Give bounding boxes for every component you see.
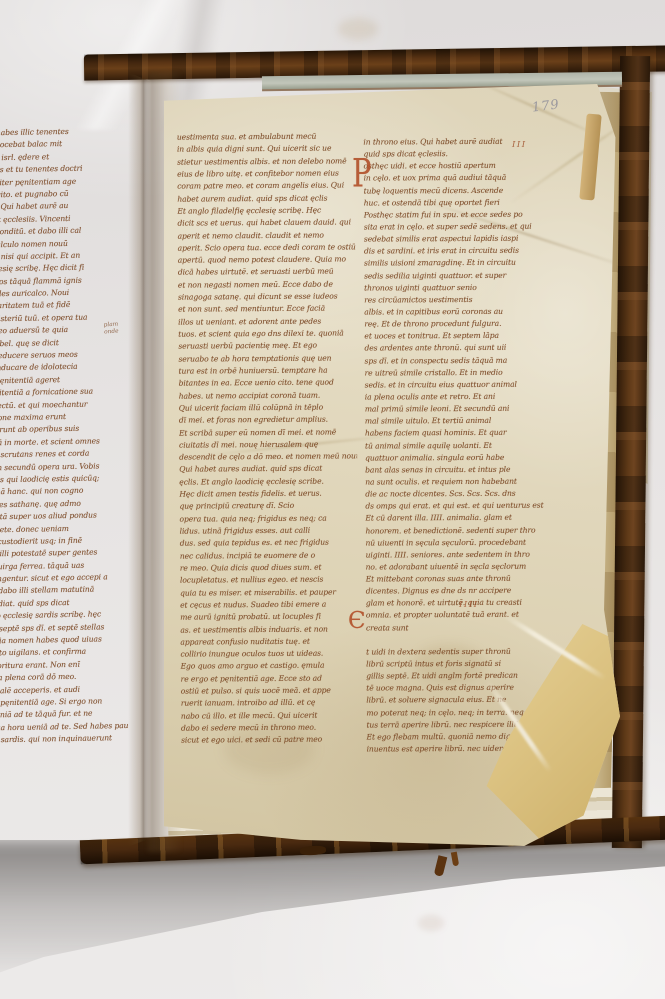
manuscript-line: gillis septē. Et uidi anglm fortē predic… [366, 670, 570, 683]
manuscript-line: Et mittebant coronas suas ante thronū [366, 573, 570, 586]
manuscript-line: sedebat similis erat aspectui lapidis ia… [364, 233, 568, 246]
manuscript-line: quid sps dicat ęclesiis. [363, 148, 567, 161]
manuscript-line: sinagoga satanę. qui dicunt se esse iude… [178, 290, 356, 304]
manuscript-line: seruabo te ab hora temptationis quę uen [178, 352, 356, 366]
manuscript-line: uiginti. IIII. seniores. ante sedentem i… [366, 548, 570, 561]
manuscript-line: Et cū darent illa. IIII. animalia. glam … [365, 512, 569, 525]
rubric-initial-p: P [352, 154, 372, 193]
manuscript-line: sps dī. et in conspectu sedis tāquā ma [365, 354, 569, 367]
manuscript-line: bitantes in ea. Ecce uenio cito. tene qu… [179, 377, 357, 391]
manuscript-line: ds omps qui erat. et qui est. et qui uen… [365, 500, 569, 513]
manuscript-line: in throno eius. Qui habet aurē audiat [363, 135, 567, 148]
manuscript-line: in sardis. qui non inquinauerunt [0, 732, 151, 747]
folio-number-pencil: 179 [531, 97, 560, 115]
manuscript-line: t uidi in dextera sedentis super thronū [366, 645, 570, 658]
manuscript-line: et uoces et tonitrua. Et septem lāpa [364, 330, 568, 343]
manuscript-line: in albis quia digni sunt. Qui uicerit si… [177, 143, 355, 157]
manuscript-line: dicit scs et uerus. qui habet clauem dau… [177, 217, 355, 231]
backdrop-stain [338, 18, 378, 40]
manuscript-line: honorem. et benedictionē. sedenti super … [365, 524, 569, 537]
manuscript-line: des ardentes ante thronū. qui sunt uii [364, 342, 568, 355]
marginal-gloss-line: onde [104, 328, 119, 336]
manuscript-line: creata sunt [366, 621, 570, 634]
manuscript-line: coram patre meo. et coram angelis eius. … [177, 180, 355, 194]
rubric-initial-e: Є [348, 610, 366, 633]
middle-text-column: uestimenta sua. et ambulabunt mecūin alb… [177, 130, 359, 751]
manuscript-line: die ac nocte dicentes. Scs. Scs. Scs. dn… [365, 488, 569, 501]
manuscript-line: Et scribā super eū nomen dī mei. et nomē [179, 426, 357, 440]
manuscript-line: thronos uiginti quattuor senio [364, 281, 568, 294]
manuscript-line: res circūamictos uestimentis [364, 293, 568, 306]
manuscript-line: sicut et ego uici. et sedi cū patre meo [181, 734, 359, 748]
manuscript-line: tū animal simile aquilę uolanti. Et [365, 439, 569, 452]
marginal-gloss: plam onde [104, 322, 119, 337]
left-page: hęs habes illic tenentesqui docebat bala… [0, 70, 172, 854]
left-page-text-column: hęs habes illic tenentesqui docebat bala… [0, 125, 151, 752]
manuscript-line: mal simile uitulo. Et tertiū animal [365, 415, 569, 428]
manuscript-line: osthęc uidi. et ecce hostiū apertum [364, 160, 568, 173]
manuscript-line: mal primū simile leoni. Et secundū ani [365, 403, 569, 416]
manuscript-line: ia plena oculis ante et retro. Et ani [365, 390, 569, 403]
chapter-numeral-iii: III [512, 140, 527, 150]
manuscript-line: quia tu es miser. et miserabilis. et pau… [180, 586, 358, 600]
manuscript-photo: hęs habes illic tenentesqui docebat bala… [0, 0, 665, 999]
manuscript-line: albis. et in capitibus eorū coronas au [364, 305, 568, 318]
backdrop-stain [418, 915, 444, 931]
manuscript-line: tubę loquentis mecū dicens. Ascende [364, 184, 568, 197]
manuscript-line: re uitreū simile cristallo. Et in medio [365, 366, 569, 379]
chapter-numeral-iiii: IIII [459, 600, 478, 610]
manuscript-line: no. et adorabant uiuentē in sęcla sęclor… [366, 560, 570, 573]
manuscript-line: omnia. et propter uoluntatē tuā erant. e… [366, 609, 570, 622]
manuscript-line: tuos. et scient quia ego dns dilexi te. … [178, 327, 356, 341]
manuscript-line: na sunt oculis. et requiem non habebant [365, 475, 569, 488]
manuscript-line: habens faciem quasi hominis. Et quar [365, 427, 569, 440]
manuscript-line: bant alas senas in circuitu. et intus pl… [365, 463, 569, 476]
manuscript-line: quattuor animalia. singula eorū habe [365, 451, 569, 464]
manuscript-line: sedis sedilia uiginti quattuor. et super [364, 269, 568, 282]
manuscript-line: similis uisioni zmaragdinę. Et in circui… [364, 257, 568, 270]
manuscript-line: huc. et ostendā tibi quę oportet fieri [364, 196, 568, 209]
manuscript-line: librū scriptū intus et foris signatū si [366, 658, 570, 671]
manuscript-line: nū uiuenti in sęcula sęculorū. procedeba… [365, 536, 569, 549]
manuscript-line: dicā habes uirtutē. et seruasti uerbū me… [178, 266, 356, 280]
manuscript-line: Posthęc statim fui in spu. et ecce sedes… [364, 208, 568, 221]
manuscript-line: sita erat in cęlo. et super sedē sedens.… [364, 220, 568, 233]
manuscript-line: in cęlo. et uox prima quā audiui tāquā [364, 172, 568, 185]
right-text-column: in throno eius. Qui habet aurē audiatqui… [363, 135, 570, 758]
manuscript-line: stietur uestimentis albis. et non delebo… [177, 155, 355, 169]
manuscript-line: reę. Et de throno procedunt fulgura. [364, 318, 568, 331]
manuscript-line: dicentes. Dignus es dne ds nr accipere [366, 585, 570, 598]
manuscript-line: dis et sardini. et iris erat in circuitu… [364, 245, 568, 258]
manuscript-line: sedis. et in circuitu eius quattuor anim… [365, 378, 569, 391]
right-page-folio-179: 179 uestimenta sua. et ambulabunt mecūin… [164, 84, 620, 846]
manuscript-line: descendit de cęlo a dō meo. et nomen meū… [179, 451, 357, 465]
